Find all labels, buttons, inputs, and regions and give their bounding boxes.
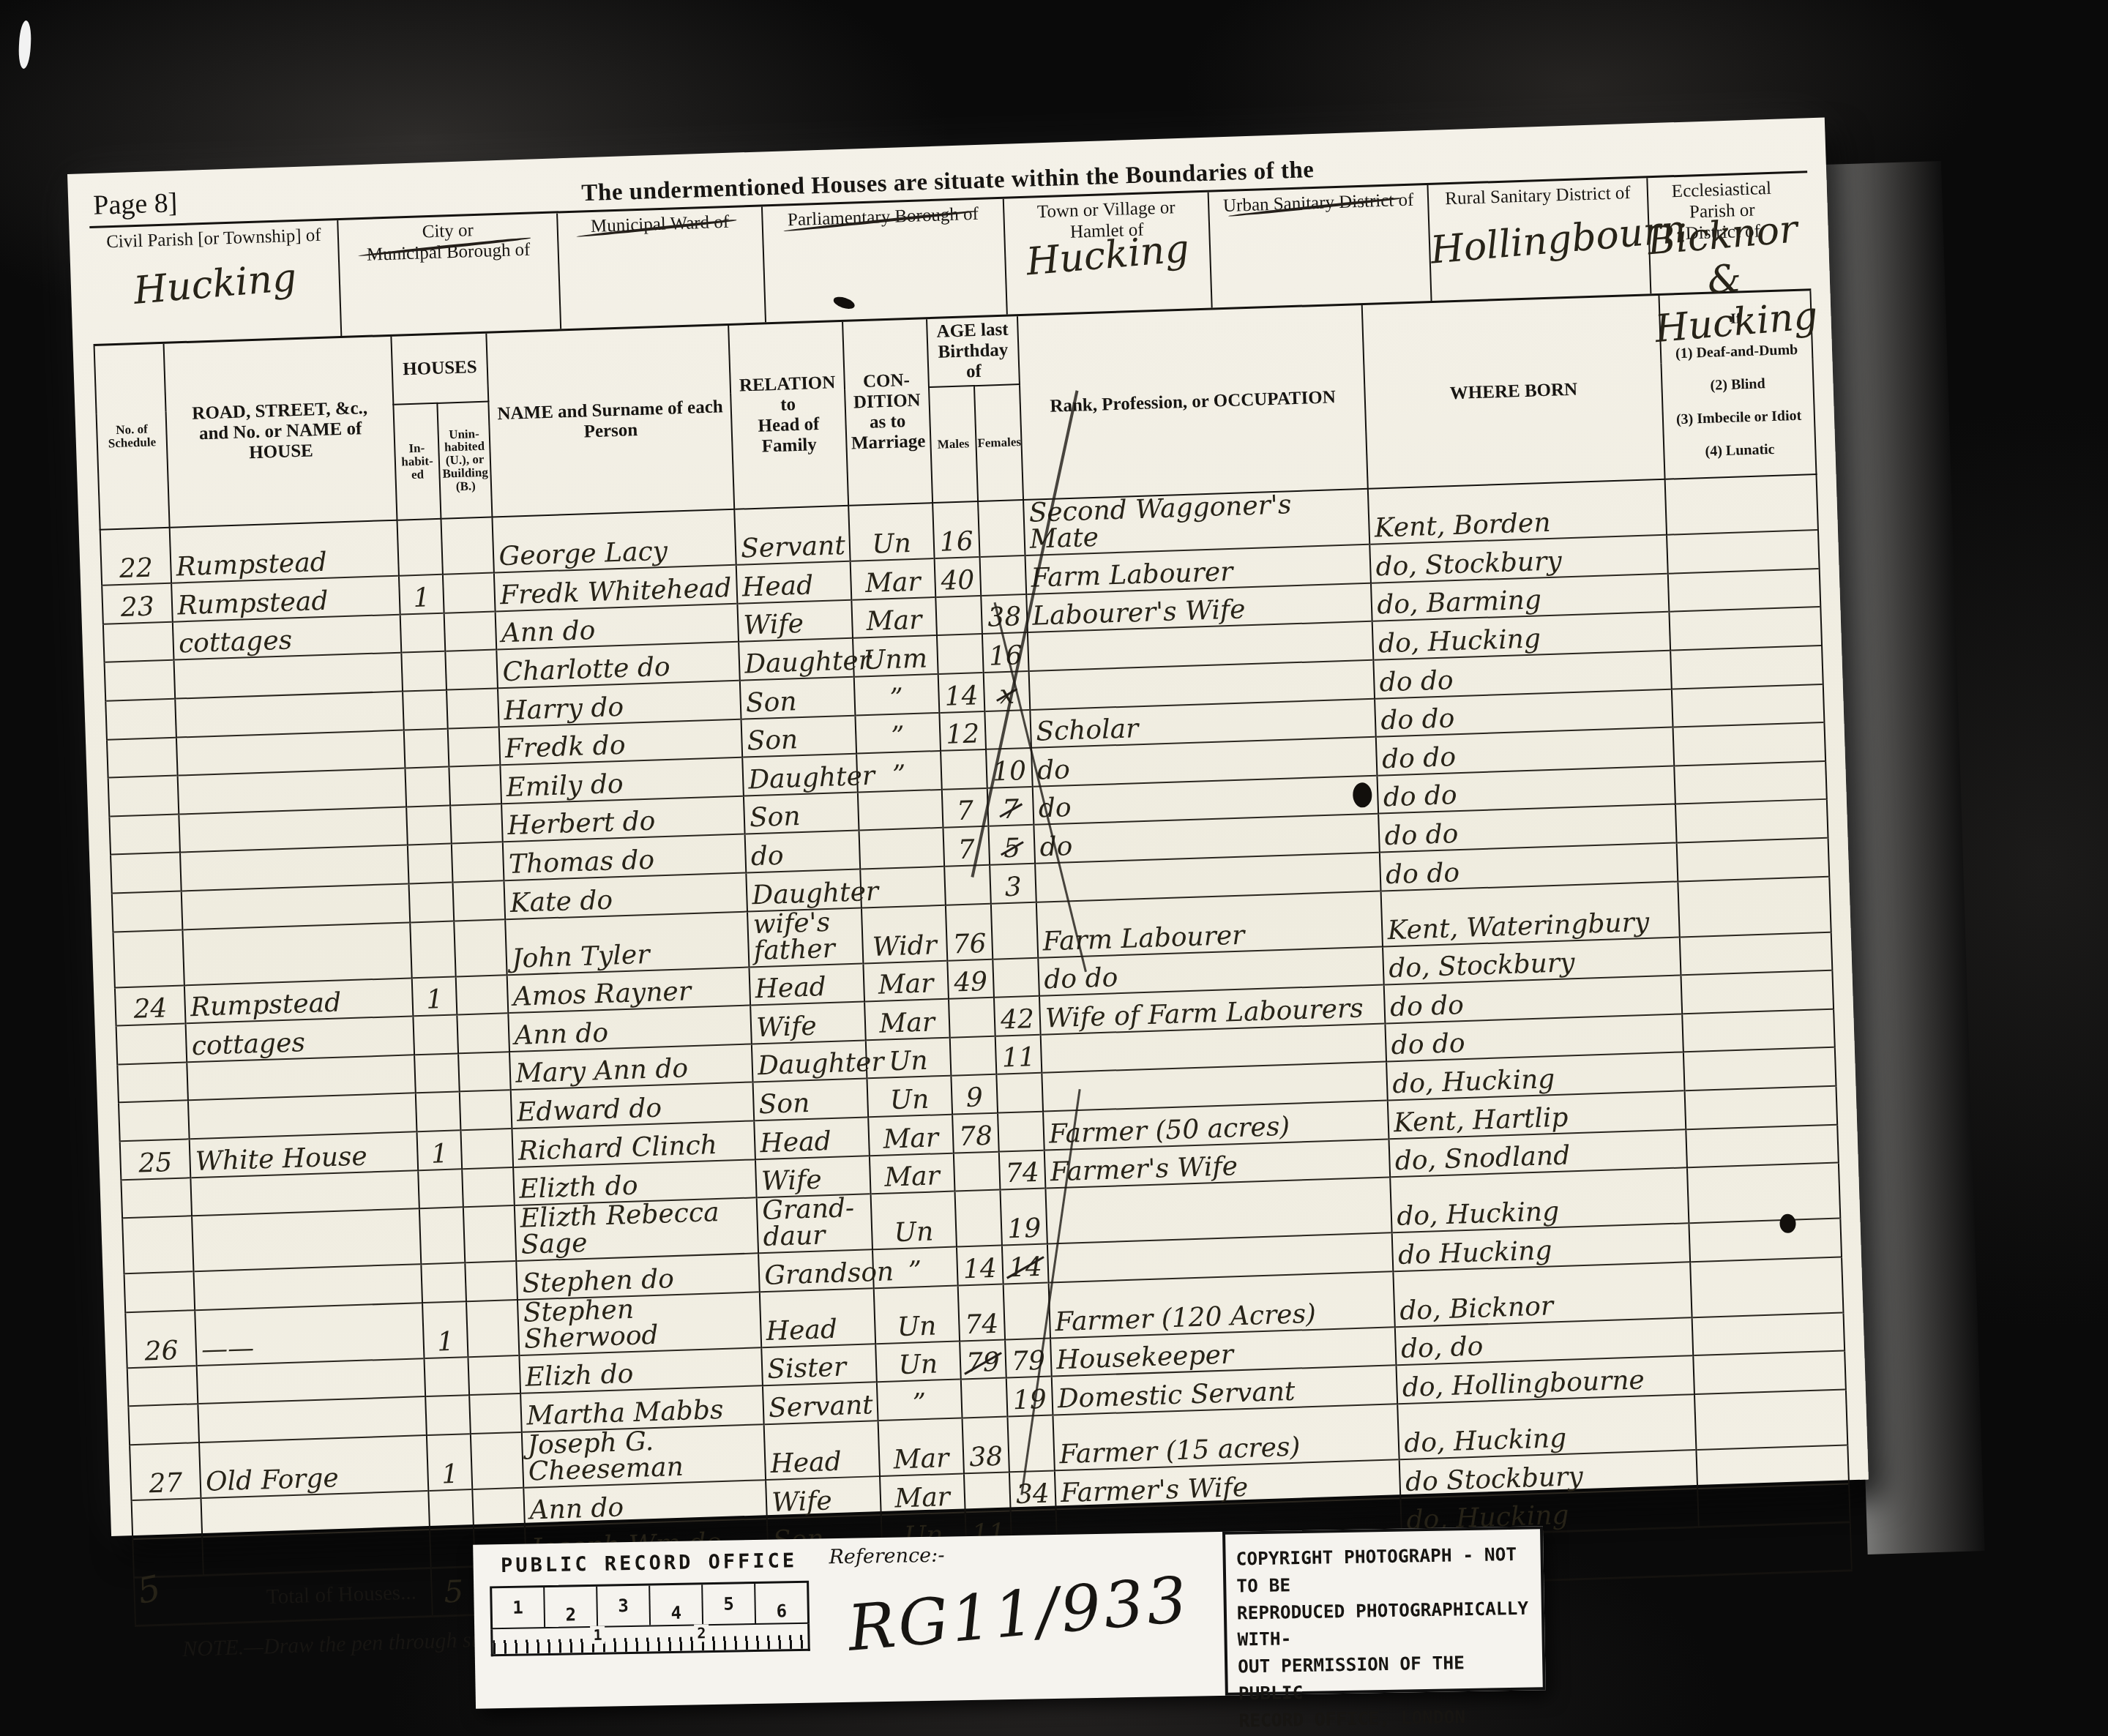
cell-condition: ” xyxy=(876,1380,962,1421)
col-header-males: Males xyxy=(929,386,978,503)
cell-uninhabited xyxy=(466,1300,520,1357)
cell-condition: ” xyxy=(855,713,941,754)
cell-age_m xyxy=(961,1378,1008,1418)
col-header-name: NAME and Surname of each Person xyxy=(487,326,735,517)
cell-name: Joseph G. Cheeseman xyxy=(522,1424,766,1488)
cell-age_m: 7 xyxy=(942,788,989,828)
cell-condition: Unm xyxy=(853,635,938,676)
cell-infirmity xyxy=(1671,646,1823,689)
cell-relation: Daughter xyxy=(746,869,861,912)
cell-uninhabited xyxy=(462,1167,515,1208)
infirmity-line: (2) Blind xyxy=(1667,374,1809,395)
cell-inhabited xyxy=(401,651,446,692)
cell-inhabited xyxy=(419,1207,466,1264)
cell-condition: Un xyxy=(867,1076,952,1117)
cell-inhabited: 1 xyxy=(416,1130,462,1170)
cell-uninhabited xyxy=(472,1488,525,1528)
col-header-road: ROAD, STREET, &c., and No. or NAME of HO… xyxy=(164,337,397,528)
cell-age_m: 14 xyxy=(938,673,985,713)
cell-age_m: 40 xyxy=(934,557,981,597)
cell-condition: Mar xyxy=(868,1115,954,1156)
copyright-line: RECORD OFFICE, LONDON xyxy=(1238,1702,1533,1735)
header-field-label: Parliamentary Borough of xyxy=(769,203,998,232)
cell-uninhabited xyxy=(441,517,495,575)
cell-condition: Un xyxy=(875,1341,961,1382)
cell-uninhabited xyxy=(448,727,501,767)
cell-infirmity xyxy=(1697,1445,1849,1488)
cell-schedule: 22 xyxy=(100,528,172,585)
cell-relation: Head xyxy=(750,963,864,1006)
cell-schedule xyxy=(124,1271,195,1312)
cell-age_m: 38 xyxy=(962,1416,1009,1473)
cell-age_f: 7 xyxy=(987,787,1034,827)
col-header-born: WHERE BORN xyxy=(1362,296,1665,489)
cell-relation: Servant xyxy=(734,506,850,565)
cell-infirmity xyxy=(1665,474,1818,535)
cell-uninhabited xyxy=(469,1393,522,1434)
cell-uninhabited xyxy=(453,880,506,921)
cell-age_f xyxy=(998,1112,1044,1152)
cell-inhabited: 1 xyxy=(412,976,457,1017)
cell-schedule: 26 xyxy=(125,1310,197,1368)
cell-uninhabited xyxy=(468,1355,521,1396)
header-field-label: Urban Sanitary District of xyxy=(1215,190,1422,217)
header-field-2: Municipal Ward of xyxy=(558,206,766,329)
cell-age_m: 76 xyxy=(946,903,993,960)
cell-infirmity xyxy=(1670,607,1822,650)
cell-condition xyxy=(857,790,943,831)
cell-born: do, Hucking xyxy=(1398,1394,1697,1459)
cell-condition: Un xyxy=(873,1285,960,1344)
ruler-cm-cell: 2 xyxy=(545,1587,598,1627)
cell-age_f xyxy=(980,555,1027,596)
col-header-houses: HOUSES xyxy=(391,334,488,405)
cell-uninhabited xyxy=(450,804,503,844)
cell-name: Stephen Sherwood xyxy=(517,1292,761,1355)
cell-infirmity xyxy=(1672,684,1824,727)
cell-relation: Grand-daur xyxy=(757,1194,872,1254)
header-field-1: City or Municipal Borough of xyxy=(338,213,561,336)
cell-age_m: 16 xyxy=(932,501,980,558)
col-header-occupation: Rank, Profession, or OCCUPATION xyxy=(1017,305,1368,500)
cell-age_m: 74 xyxy=(957,1284,1005,1341)
cell-infirmity xyxy=(1668,569,1820,612)
cell-infirmity xyxy=(1691,1257,1844,1317)
cell-age_f: x xyxy=(984,671,1031,711)
photograph-canvas: Page 8] The undermentioned Houses are si… xyxy=(0,0,2108,1736)
cell-relation: Wife xyxy=(755,1156,870,1198)
cell-condition: Mar xyxy=(851,597,937,638)
header-field-label: Rural Sanitary District of xyxy=(1435,183,1642,211)
cell-relation: Sister xyxy=(761,1344,876,1386)
cell-age_f xyxy=(996,1073,1043,1113)
cell-schedule xyxy=(128,1404,199,1445)
ruler-cm-cell: 6 xyxy=(755,1583,807,1623)
cell-infirmity xyxy=(1687,1163,1840,1224)
header-field-label: Civil Parish [or Township] of xyxy=(96,225,332,253)
cell-age_f xyxy=(991,902,1039,959)
cell-age_m: 14 xyxy=(957,1246,1003,1286)
cell-infirmity xyxy=(1678,876,1831,937)
cell-age_m: 12 xyxy=(939,711,986,752)
cell-schedule: 23 xyxy=(102,583,173,624)
cell-inhabited xyxy=(413,1015,458,1055)
cell-age_f: 14 xyxy=(1002,1244,1049,1284)
cell-relation: Head xyxy=(760,1288,875,1347)
cell-infirmity xyxy=(1694,1389,1847,1450)
header-field-value: Hucking xyxy=(90,252,340,316)
header-field-value: Bicknor & Hucking xyxy=(1646,208,1804,351)
header-field-7: Ecclesiastical Parish or District ofBick… xyxy=(1648,173,1798,293)
cell-infirmity xyxy=(1698,1484,1850,1527)
cell-born: Kent, Borden xyxy=(1368,479,1667,545)
cell-road xyxy=(183,922,412,985)
cell-age_f: 79 xyxy=(1005,1338,1052,1378)
copyright-line: REPRODUCED PHOTOGRAPHICALLY WITH- xyxy=(1237,1595,1532,1654)
col-header-inhabited: In- habit- ed xyxy=(393,403,441,520)
copyright-line: COPYRIGHT PHOTOGRAPH - NOT TO BE xyxy=(1236,1541,1530,1601)
cell-age_f: 42 xyxy=(994,996,1041,1036)
cell-schedule: 25 xyxy=(120,1139,191,1180)
cell-uninhabited xyxy=(444,611,497,651)
cell-schedule xyxy=(107,737,178,778)
cell-uninhabited xyxy=(449,766,502,806)
cell-inhabited xyxy=(414,1053,460,1093)
infirmity-line: (4) Lunatic xyxy=(1669,440,1810,461)
copyright-notice: COPYRIGHT PHOTOGRAPH - NOT TO BEREPRODUC… xyxy=(1222,1526,1546,1696)
record-office-stamp: PUBLIC RECORD OFFICE 123456 1 2 Referenc… xyxy=(473,1526,1546,1708)
cell-inhabited xyxy=(403,690,448,730)
cell-relation: Daughter xyxy=(752,1040,867,1082)
census-table: No. of Schedule ROAD, STREET, &c., and N… xyxy=(94,291,1853,1627)
cell-name: George Lacy xyxy=(493,509,736,573)
cell-schedule xyxy=(121,1178,192,1219)
cell-age_m xyxy=(954,1190,1002,1247)
header-field-value: Hollingbourn xyxy=(1429,211,1650,273)
cell-uninhabited xyxy=(445,650,498,690)
cell-infirmity xyxy=(1673,722,1825,766)
header-field-5: Urban Sanitary District of xyxy=(1209,185,1432,308)
reference-value: RG11/933 xyxy=(845,1563,1192,1666)
header-field-value xyxy=(559,239,762,257)
cell-relation: Grandson xyxy=(758,1249,873,1292)
col-header-females: Females xyxy=(974,384,1023,501)
cell-age_m xyxy=(935,596,982,636)
cell-relation: Wife xyxy=(766,1476,881,1519)
ruler-ticks: 1 2 xyxy=(490,1624,810,1657)
cell-infirmity xyxy=(1667,530,1819,573)
cell-schedule xyxy=(122,1216,194,1273)
cell-schedule xyxy=(103,622,174,663)
cell-age_f: 34 xyxy=(1009,1470,1056,1511)
cell-age_f: 74 xyxy=(999,1150,1046,1190)
header-field-label: City or Municipal Borough of xyxy=(344,218,552,267)
cell-schedule xyxy=(111,853,182,894)
cell-inhabited xyxy=(425,1396,471,1436)
ruler-cm-cell: 5 xyxy=(703,1584,756,1624)
cell-age_m xyxy=(949,998,995,1038)
cell-schedule xyxy=(109,814,180,855)
cell-age_f: 19 xyxy=(1000,1189,1047,1246)
cell-relation: wife's father xyxy=(747,908,863,967)
cell-age_f: 11 xyxy=(995,1035,1042,1075)
cell-road xyxy=(192,1208,421,1271)
census-rows: 22RumpsteadGeorge LacyServantUn16Second … xyxy=(100,474,1850,1577)
cell-schedule xyxy=(127,1366,198,1407)
cell-uninhabited xyxy=(454,919,507,976)
ruler-cm-cell: 4 xyxy=(650,1585,703,1625)
cell-relation: Son xyxy=(744,792,859,834)
cell-condition: Mar xyxy=(863,960,949,1001)
cell-inhabited xyxy=(406,805,452,845)
cell-schedule xyxy=(105,699,176,740)
cell-relation: Head xyxy=(754,1117,869,1159)
cell-uninhabited xyxy=(446,688,499,728)
cell-uninhabited xyxy=(461,1129,514,1169)
cell-age_m: 49 xyxy=(947,959,994,999)
film-artifact xyxy=(18,20,31,70)
cell-condition: ” xyxy=(853,674,939,715)
reference-section: Reference:- RG11/933 xyxy=(817,1532,1225,1703)
cell-condition: Mar xyxy=(850,558,935,599)
cell-uninhabited xyxy=(458,1052,511,1092)
cell-uninhabited xyxy=(465,1261,517,1301)
cell-uninhabited xyxy=(452,842,504,883)
cell-inhabited xyxy=(428,1489,474,1530)
cell-schedule: 27 xyxy=(130,1443,201,1500)
cell-uninhabited xyxy=(457,1013,510,1053)
cell-age_f: 19 xyxy=(1006,1377,1053,1417)
cell-schedule xyxy=(117,1062,188,1103)
cell-infirmity xyxy=(1692,1312,1844,1355)
cell-relation: Head xyxy=(764,1421,880,1480)
ruler-cm: 123456 xyxy=(490,1581,810,1630)
cell-condition: Mar xyxy=(869,1153,954,1194)
cell-age_m xyxy=(944,865,991,905)
cell-inhabited xyxy=(404,728,449,768)
col-header-relation: RELATION to Head of Family xyxy=(728,322,848,509)
cell-infirmity xyxy=(1675,761,1827,804)
header-field-value xyxy=(764,231,1003,251)
cell-born: do, Bicknor xyxy=(1394,1262,1692,1327)
header-field-6: Rural Sanitary District ofHollingbourn xyxy=(1428,178,1651,301)
cell-infirmity xyxy=(1686,1124,1839,1167)
cell-infirmity xyxy=(1675,799,1828,842)
cell-relation: Wife xyxy=(750,1002,865,1044)
infirmity-line: (3) Imbecile or Idiot xyxy=(1668,407,1809,428)
cell-age_f xyxy=(978,500,1025,557)
header-field-label: Municipal Ward of xyxy=(564,212,756,239)
cell-age_m: 79 xyxy=(960,1339,1006,1380)
ruler-cm-cell: 1 xyxy=(492,1587,545,1628)
cell-schedule xyxy=(105,660,176,701)
cell-condition: Un xyxy=(870,1191,957,1250)
cell-infirmity xyxy=(1689,1219,1842,1262)
cell-age_f: 3 xyxy=(990,864,1036,904)
cell-age_f: 5 xyxy=(988,825,1035,865)
col-header-condition: CON- DITION as to Marriage xyxy=(842,319,932,506)
cell-infirmity xyxy=(1680,932,1832,975)
cell-inhabited xyxy=(409,883,455,923)
cell-relation: Servant xyxy=(763,1383,878,1425)
cell-born: do, Hucking xyxy=(1391,1167,1689,1232)
cell-age_m: 9 xyxy=(951,1074,998,1115)
cell-relation: Son xyxy=(740,677,855,719)
cell-age_f: 38 xyxy=(981,594,1028,635)
cell-uninhabited xyxy=(471,1432,524,1489)
col-header-schedule: No. of Schedule xyxy=(94,344,170,530)
cell-inhabited xyxy=(425,1357,470,1397)
cell-road: Rumpstead xyxy=(170,520,399,583)
cell-condition: Mar xyxy=(880,1473,965,1514)
cell-age_m xyxy=(954,1151,1001,1191)
cell-inhabited xyxy=(416,1092,461,1132)
cell-uninhabited xyxy=(443,573,496,613)
cell-relation: Wife xyxy=(738,600,853,643)
cell-inhabited xyxy=(397,519,444,576)
pro-section: PUBLIC RECORD OFFICE 123456 1 2 xyxy=(473,1539,820,1709)
header-field-3: Parliamentary Borough of xyxy=(763,199,1008,323)
header-field-4: Town or Village or Hamlet ofHucking xyxy=(1004,192,1213,315)
total-houses-label: 5 Total of Houses... xyxy=(134,1568,433,1625)
cell-relation: Head xyxy=(736,561,851,604)
cell-schedule xyxy=(112,891,183,932)
cell-inhabited xyxy=(400,613,446,654)
cell-schedule xyxy=(116,1024,187,1065)
cell-condition: Mar xyxy=(878,1418,964,1476)
cell-road: Old Forge xyxy=(199,1435,428,1498)
cell-inhabited: 1 xyxy=(422,1301,468,1358)
ruler-cm-cell: 3 xyxy=(597,1586,651,1626)
cell-inhabited xyxy=(410,921,456,978)
col-header-age: AGE last Birthday of xyxy=(927,316,1020,387)
cell-schedule xyxy=(132,1498,203,1539)
cell-road: —— xyxy=(195,1303,424,1366)
cell-schedule: 24 xyxy=(115,985,186,1026)
copyright-line: OUT PERMISSION OF THE PUBLIC xyxy=(1238,1649,1533,1708)
col-header-uninhabited: Unin- habited (U.), or Building (B.) xyxy=(438,402,493,519)
cell-inhabited: 1 xyxy=(427,1434,473,1491)
ruler-inch-label: 1 xyxy=(590,1626,605,1644)
cell-infirmity xyxy=(1683,1009,1835,1052)
cell-born: Kent, Wateringbury xyxy=(1381,881,1680,946)
cell-condition xyxy=(859,828,944,869)
cell-relation: Son xyxy=(741,715,856,757)
reference-label: Reference:- xyxy=(829,1539,1211,1568)
cell-name: John Tyler xyxy=(505,911,749,975)
pro-title: PUBLIC RECORD OFFICE xyxy=(489,1549,808,1578)
cell-infirmity xyxy=(1694,1351,1846,1394)
ruler-inch-label: 2 xyxy=(694,1624,709,1642)
census-page: Page 8] The undermentioned Houses are si… xyxy=(67,117,1869,1536)
cell-relation: do xyxy=(745,831,860,873)
cell-inhabited xyxy=(418,1169,463,1209)
cell-age_m xyxy=(941,749,987,790)
cell-inhabited xyxy=(430,1528,475,1568)
cell-infirmity xyxy=(1685,1086,1837,1129)
cell-inhabited: 1 xyxy=(399,575,444,615)
cell-age_m: 78 xyxy=(952,1113,999,1153)
cell-uninhabited xyxy=(463,1205,517,1262)
cell-uninhabited xyxy=(460,1090,512,1131)
cell-condition: Widr xyxy=(861,905,947,963)
cell-schedule xyxy=(119,1101,190,1142)
header-field-value xyxy=(1211,217,1428,236)
cell-schedule xyxy=(113,929,184,987)
cell-infirmity xyxy=(1681,970,1834,1014)
cell-condition: Mar xyxy=(864,999,950,1040)
cell-infirmity xyxy=(1677,838,1829,881)
cell-schedule xyxy=(108,776,179,817)
cell-relation: Son xyxy=(753,1079,868,1121)
cell-name: Elizth Rebecca Sage xyxy=(515,1198,758,1262)
cell-relation: Daughter xyxy=(742,754,857,796)
cell-age_m xyxy=(964,1472,1011,1512)
total-houses-value: 5 xyxy=(431,1566,476,1616)
cell-age_m xyxy=(950,1036,997,1077)
cell-relation: Daughter xyxy=(739,638,853,681)
cell-inhabited xyxy=(408,844,453,884)
cell-age_m xyxy=(937,634,984,674)
cell-condition: Un xyxy=(848,503,935,561)
cell-age_f xyxy=(993,957,1039,998)
cell-infirmity xyxy=(1683,1047,1836,1090)
cell-inhabited xyxy=(405,767,450,807)
cell-inhabited xyxy=(421,1262,466,1303)
cell-uninhabited xyxy=(456,975,509,1015)
header-field-0: Civil Parish [or Township] ofHucking xyxy=(89,220,342,344)
